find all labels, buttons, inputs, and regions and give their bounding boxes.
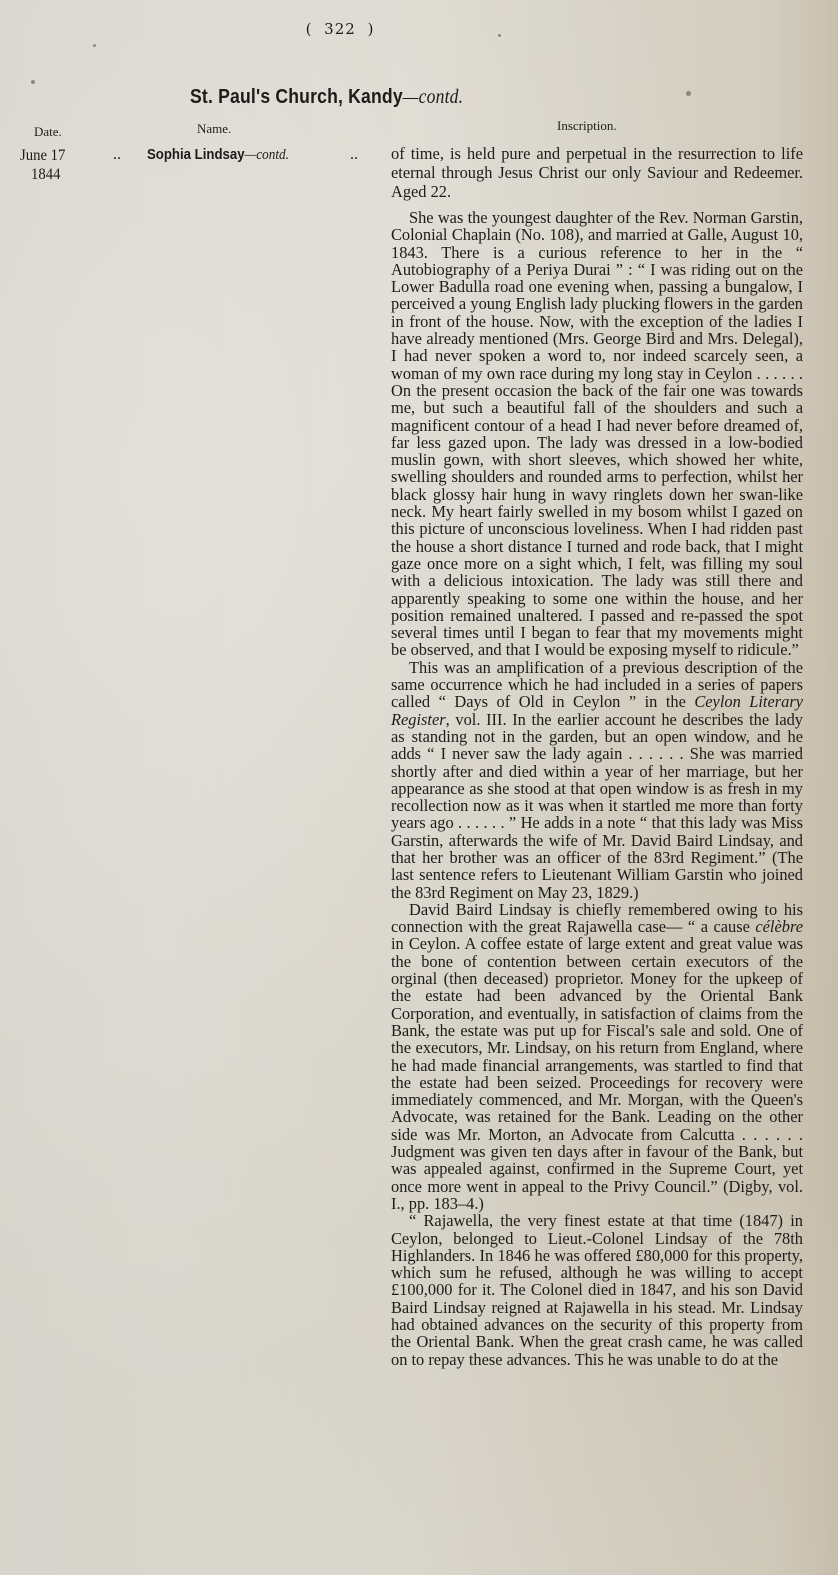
inscription-paragraph: She was the youngest daughter of the Rev… bbox=[391, 209, 803, 659]
document-page: ( 322 ) St. Paul's Church, Kandy—contd. … bbox=[0, 0, 838, 1575]
ink-speck bbox=[93, 44, 96, 47]
dot-leader: .. bbox=[113, 146, 121, 164]
entry-name-contd: —contd. bbox=[245, 147, 289, 163]
ink-speck bbox=[686, 91, 691, 96]
page-number: ( 322 ) bbox=[0, 20, 680, 38]
paragraph-text: , vol. III. In the earlier account he de… bbox=[391, 710, 803, 902]
entry-name: Sophia Lindsay—contd. bbox=[147, 146, 289, 164]
page-title: St. Paul's Church, Kandy—contd. bbox=[190, 86, 463, 109]
entry-date: June 17 1844 bbox=[20, 146, 65, 184]
page-title-main: St. Paul's Church, Kandy bbox=[190, 86, 403, 108]
entry-date-day: June 17 bbox=[20, 147, 65, 164]
column-header-inscription: Inscription. bbox=[557, 118, 617, 134]
inscription-paragraph: “ Rajawella, the very finest estate at t… bbox=[391, 1212, 803, 1368]
ink-speck bbox=[31, 80, 35, 84]
inscription-paragraph: This was an amplification of a previous … bbox=[391, 659, 803, 901]
paragraph-text: in Ceylon. A coffee estate of large exte… bbox=[391, 934, 803, 1212]
inscription-paragraph: David Baird Lindsay is chiefly remembere… bbox=[391, 901, 803, 1212]
inscription-text: of time, is held pure and perpetual in t… bbox=[391, 144, 803, 1368]
italic-word: célèbre bbox=[755, 917, 803, 936]
page-title-contd: —contd. bbox=[403, 86, 463, 108]
column-header-name: Name. bbox=[197, 121, 231, 137]
entry-name-text: Sophia Lindsay bbox=[147, 146, 245, 163]
inscription-paragraph: of time, is held pure and perpetual in t… bbox=[391, 144, 803, 201]
paragraph-text: David Baird Lindsay is chiefly remembere… bbox=[391, 900, 803, 936]
dot-leader: .. bbox=[350, 146, 358, 164]
entry-date-year: 1844 bbox=[20, 165, 65, 184]
column-header-date: Date. bbox=[34, 124, 62, 140]
